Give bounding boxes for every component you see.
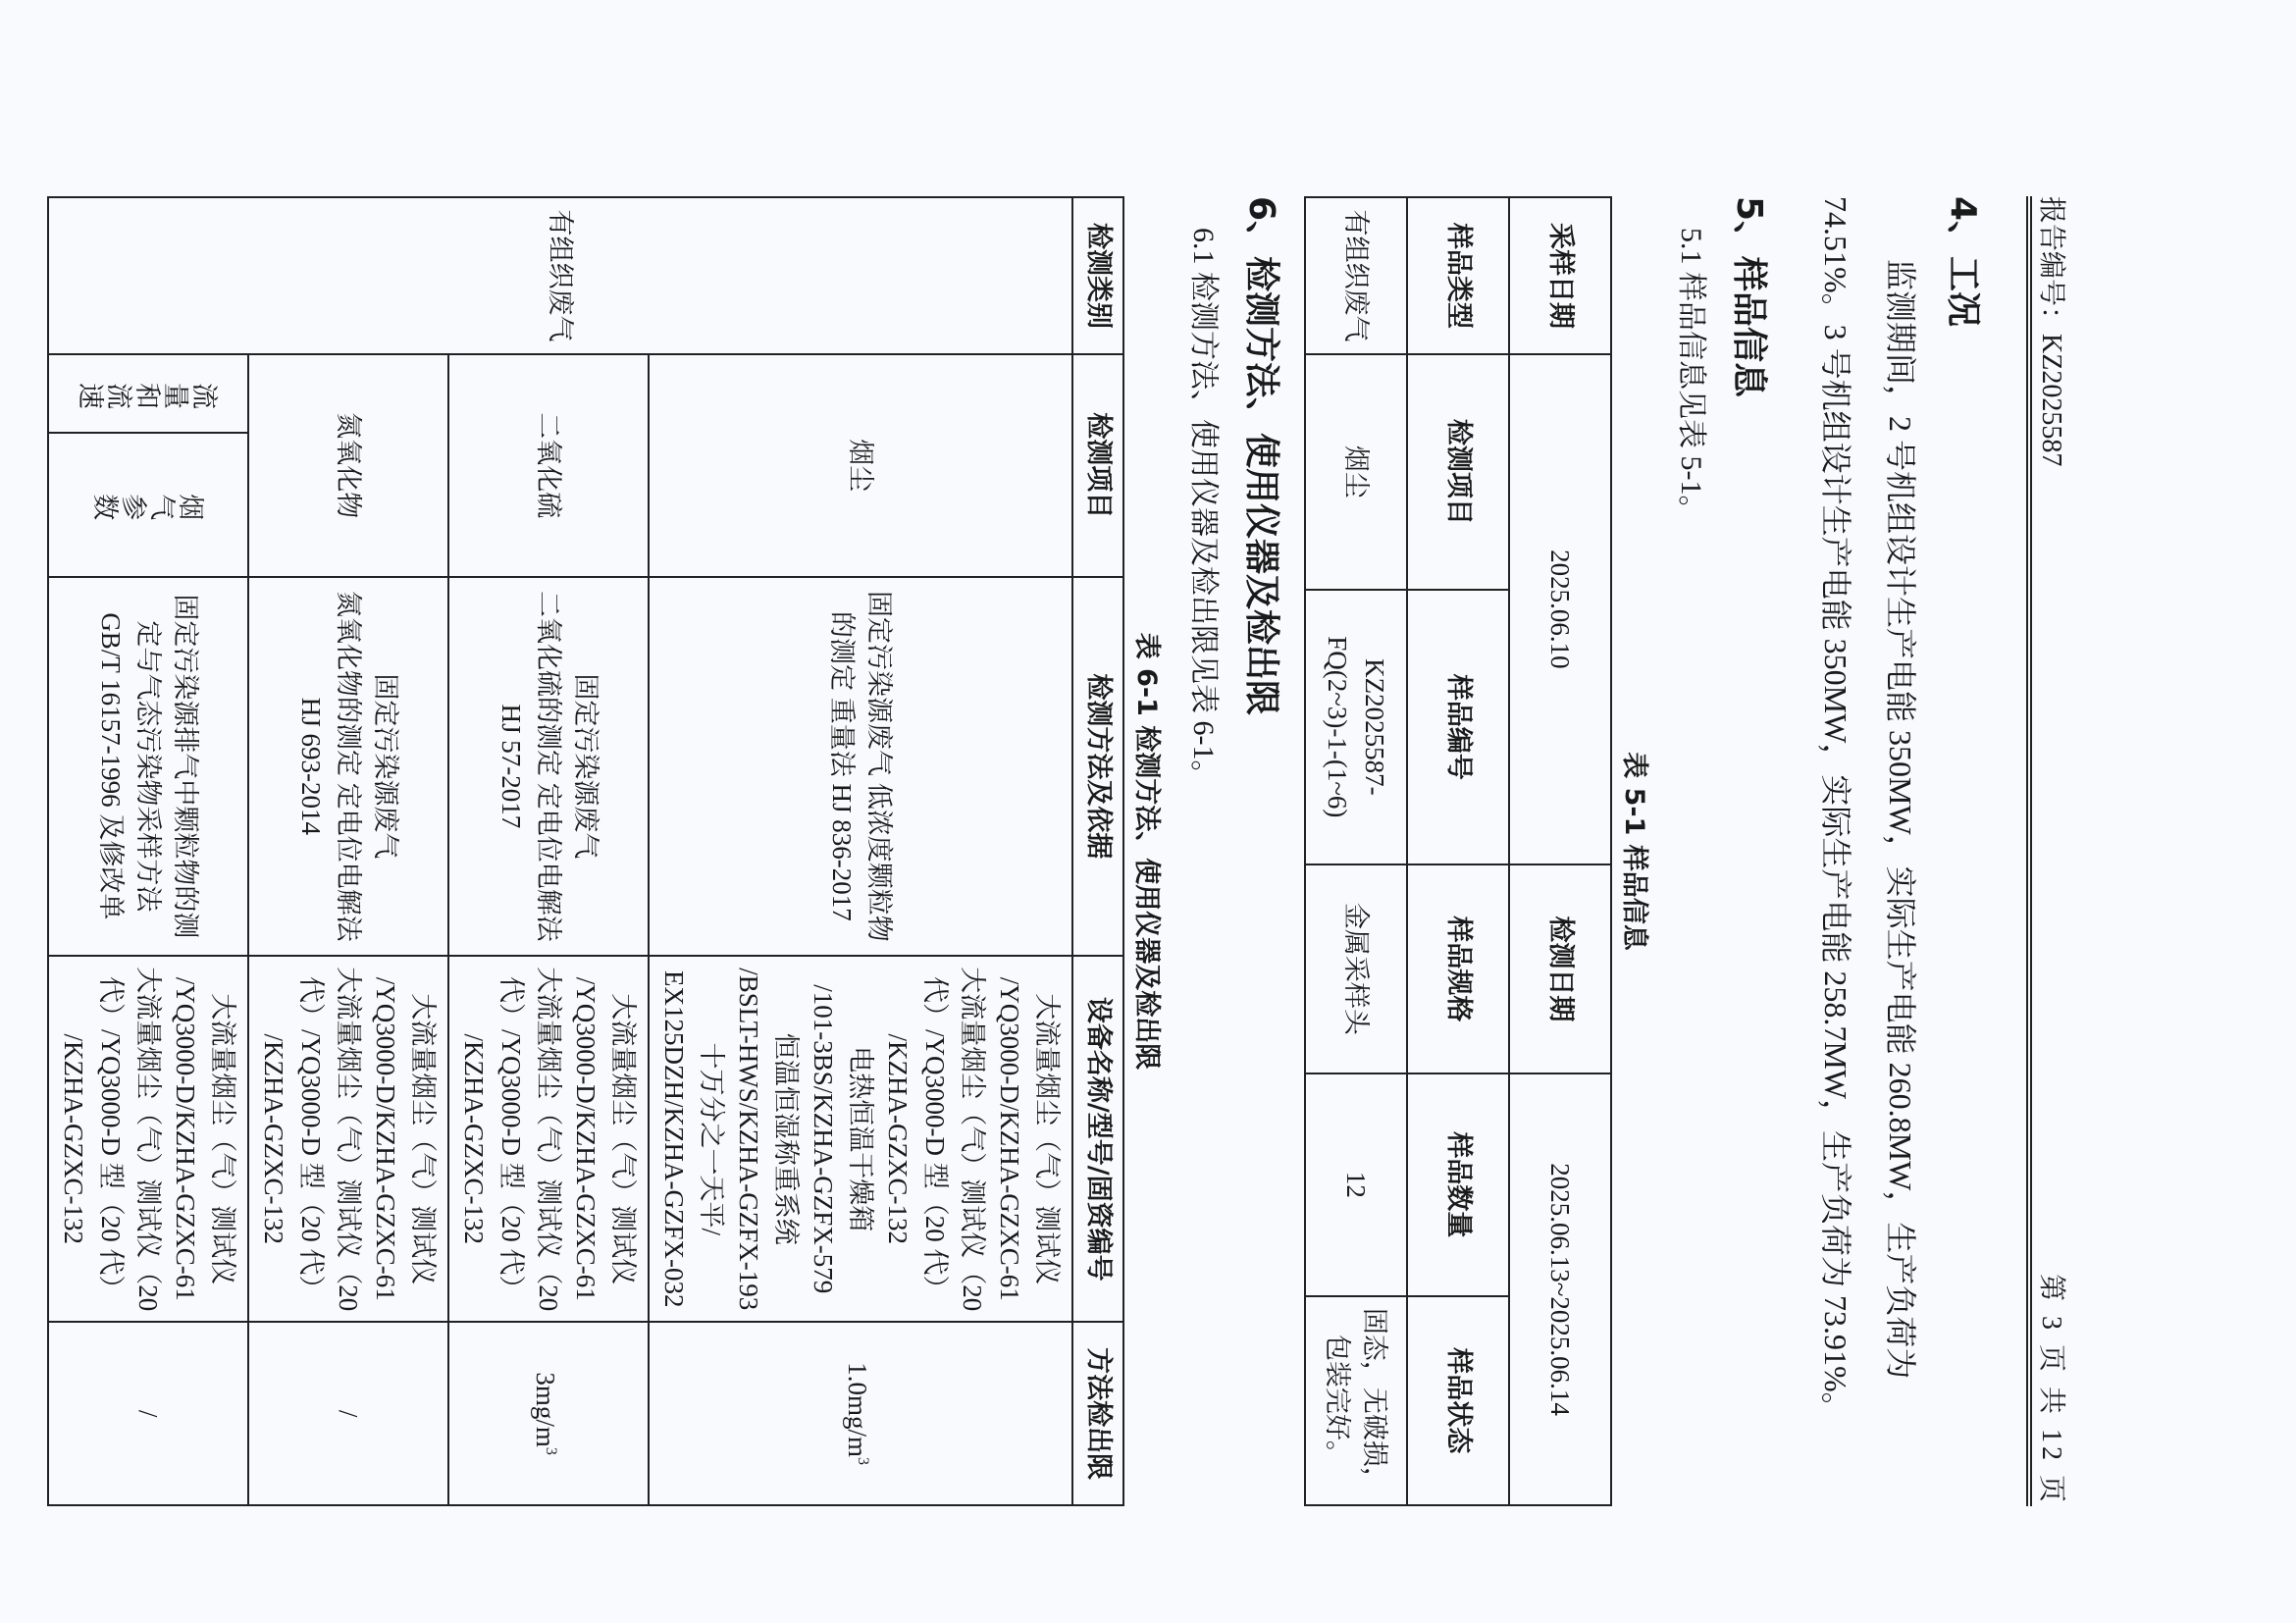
section-5-title: 5、样品信息 xyxy=(1719,196,1778,1506)
table-header-row: 样品类型 检测项目 样品编号 样品规格 样品数量 样品状态 xyxy=(1407,197,1509,1505)
detection-limit: / xyxy=(248,1322,448,1505)
equipment: 大流量烟尘（气）测试仪/YQ3000-D/KZHA-GZXC-61大流量烟尘（气… xyxy=(248,956,448,1322)
section-6-title: 6、检测方法、使用仪器及检出限 xyxy=(1231,196,1290,1506)
section-4-title: 4、工况 xyxy=(1933,196,1992,1506)
col-header: 检测项目 xyxy=(1072,354,1123,577)
text-line: /101-3BS/KZHA-GZFX-579 xyxy=(805,965,842,1313)
col-header: 检测方法及依据 xyxy=(1072,577,1123,957)
col-header: 样品状态 xyxy=(1407,1296,1509,1505)
col-header: 样品类型 xyxy=(1407,197,1509,354)
text-line: 大流量烟尘（气）测试仪（20 xyxy=(330,965,367,1313)
equipment: 大流量烟尘（气）测试仪/YQ3000-D/KZHA-GZXC-61大流量烟尘（气… xyxy=(448,956,649,1322)
col-header: 样品规格 xyxy=(1407,864,1509,1073)
table-5-1-caption: 表 5-1 样品信息 xyxy=(1618,196,1656,1506)
text-line: 大流量烟尘（气）测试仪（20 xyxy=(954,965,991,1313)
text-line: 的测定 重量法 HJ 836-2017 xyxy=(823,586,861,948)
equipment: 大流量烟尘（气）测试仪/YQ3000-D/KZHA-GZXC-61大流量烟尘（气… xyxy=(48,956,248,1322)
sampling-date-label: 采样日期 xyxy=(1509,197,1611,354)
test-item: 烟尘 xyxy=(649,354,1072,577)
text-line: /KZHA-GZXC-132 xyxy=(879,965,916,1313)
sampling-date: 2025.06.10 xyxy=(1509,354,1611,864)
test-method: 固定污染源废气二氧化硫的测定 定电位电解法HJ 57-2017 xyxy=(448,577,649,957)
col-header: 方法检出限 xyxy=(1072,1322,1123,1505)
text-line: 十万分之一天平/ xyxy=(693,965,730,1313)
text-line: 大流量烟尘（气）测试仪（20 xyxy=(530,965,567,1313)
text-line: 大流量烟尘（气）测试仪 xyxy=(1028,965,1066,1313)
text-line: 固定污染源废气 xyxy=(367,586,404,948)
text-line: /YQ3000-D/KZHA-GZXC-61 xyxy=(167,965,204,1313)
test-date-label: 检测日期 xyxy=(1509,864,1611,1073)
detection-limit: 1.0mg/m3 xyxy=(649,1322,1072,1505)
table-6-1-caption: 表 6-1 检测方法、使用仪器及检出限 xyxy=(1130,196,1169,1506)
test-item: 二氧化硫 xyxy=(448,354,649,577)
table-row: 流量和流速 烟气参数 固定污染源排气中颗粒物的测定与气态污染物采样方法GB/T … xyxy=(48,197,248,1505)
report-number: 报告编号：KZ2025587 xyxy=(2034,196,2073,466)
text-line: 固定污染源废气 低浓度颗粒物 xyxy=(861,586,898,948)
text-line: 二氧化硫的测定 定电位电解法 xyxy=(530,586,567,948)
page-header: 报告编号：KZ2025587 第 3 页 共 12 页 xyxy=(2026,196,2075,1506)
text-line: EX125DZH/KZHA-GZFX-032 xyxy=(655,965,693,1313)
sample-number: KZ2025587-FQ(2~3)-1-(1~6) xyxy=(1305,590,1407,864)
text-line: /KZHA-GZXC-132 xyxy=(455,965,493,1313)
test-method: 固定污染源排气中颗粒物的测定与气态污染物采样方法GB/T 16157-1996 … xyxy=(48,577,248,957)
col-header: 样品编号 xyxy=(1407,590,1509,864)
text-line: 大流量烟尘（气）测试仪 xyxy=(204,965,241,1313)
test-date: 2025.06.13~2025.06.14 xyxy=(1509,1073,1611,1505)
text-line: 代）/YQ3000-D 型（20 代） xyxy=(916,965,954,1313)
test-method: 固定污染源废气氮氧化物的测定 定电位电解法HJ 693-2014 xyxy=(248,577,448,957)
col-header: 样品数量 xyxy=(1407,1073,1509,1296)
text-line: 代）/YQ3000-D 型（20 代） xyxy=(292,965,330,1313)
test-category: 有组织废气 xyxy=(48,197,1072,354)
test-item: 氮氧化物 xyxy=(248,354,448,577)
text-line: /YQ3000-D/KZHA-GZXC-61 xyxy=(567,965,604,1313)
test-method: 固定污染源废气 低浓度颗粒物的测定 重量法 HJ 836-2017 xyxy=(649,577,1072,957)
text-line: 代）/YQ3000-D 型（20 代） xyxy=(92,965,130,1313)
section-6-1-text: 6.1 检测方法、使用仪器及检出限见表 6-1。 xyxy=(1174,196,1231,1506)
sample-state: 固态，无破损，包装完好。 xyxy=(1305,1296,1407,1505)
text-line: 氮氧化物的测定 定电位电解法 xyxy=(330,586,367,948)
col-header: 设备名称/型号/固资编号 xyxy=(1072,956,1123,1322)
table-row: 有组织废气 烟尘 固定污染源废气 低浓度颗粒物的测定 重量法 HJ 836-20… xyxy=(649,197,1072,1505)
text-line: 定与气态污染物采样方法 xyxy=(130,586,167,948)
text-line: 代）/YQ3000-D 型（20 代） xyxy=(493,965,530,1313)
sample-type: 有组织废气 xyxy=(1305,197,1407,354)
detection-limit: 3mg/m3 xyxy=(448,1322,649,1505)
sample-info-table: 采样日期 2025.06.10 检测日期 2025.06.13~2025.06.… xyxy=(1304,196,1612,1506)
method-table: 检测类别 检测项目 检测方法及依据 设备名称/型号/固资编号 方法检出限 有组织… xyxy=(47,196,1124,1506)
table-row: 氮氧化物 固定污染源废气氮氧化物的测定 定电位电解法HJ 693-2014 大流… xyxy=(248,197,448,1505)
section-4-paragraph: 监测期间，2 号机组设计生产电能 350MW，实际生产电能 260.8MW，生产… xyxy=(1803,196,1933,1506)
document-body: 4、工况 监测期间，2 号机组设计生产电能 350MW，实际生产电能 260.8… xyxy=(47,196,1992,1506)
text-line: 大流量烟尘（气）测试仪 xyxy=(404,965,442,1313)
text-line: 大流量烟尘（气）测试仪（20 xyxy=(130,965,167,1313)
test-item: 烟尘 xyxy=(1305,354,1407,590)
text-line: /KZHA-GZXC-132 xyxy=(255,965,292,1313)
table-row: 有组织废气 烟尘 KZ2025587-FQ(2~3)-1-(1~6) 金属采样头… xyxy=(1305,197,1407,1505)
text-line: /BSLT-HWS/KZHA-GZFX-193 xyxy=(730,965,767,1313)
text-line: /KZHA-GZXC-132 xyxy=(55,965,92,1313)
col-header: 检测项目 xyxy=(1407,354,1509,590)
text-line: /YQ3000-D/KZHA-GZXC-61 xyxy=(367,965,404,1313)
text-line: 固定污染源排气中颗粒物的测 xyxy=(167,586,204,948)
test-item-sub: 烟气参数 xyxy=(48,433,248,577)
document-page: 报告编号：KZ2025587 第 3 页 共 12 页 4、工况 监测期间，2 … xyxy=(0,0,2296,1623)
text-line: 恒温恒湿称重系统 xyxy=(767,965,805,1313)
text-line: GB/T 16157-1996 及修改单 xyxy=(92,586,130,948)
table-row: 二氧化硫 固定污染源废气二氧化硫的测定 定电位电解法HJ 57-2017 大流量… xyxy=(448,197,649,1505)
text-line: 电热恒温干燥箱 xyxy=(842,965,879,1313)
table-header-row: 检测类别 检测项目 检测方法及依据 设备名称/型号/固资编号 方法检出限 xyxy=(1072,197,1123,1505)
sample-spec: 金属采样头 xyxy=(1305,864,1407,1073)
text-line: HJ 57-2017 xyxy=(493,586,530,948)
sample-quantity: 12 xyxy=(1305,1073,1407,1296)
page-number: 第 3 页 共 12 页 xyxy=(2034,1274,2073,1506)
col-header: 检测类别 xyxy=(1072,197,1123,354)
text-line: HJ 693-2014 xyxy=(292,586,330,948)
text-line: /YQ3000-D/KZHA-GZXC-61 xyxy=(991,965,1028,1313)
equipment: 大流量烟尘（气）测试仪/YQ3000-D/KZHA-GZXC-61大流量烟尘（气… xyxy=(649,956,1072,1322)
test-item-sub: 流量和流速 xyxy=(48,354,248,433)
text-line: 固定污染源废气 xyxy=(567,586,604,948)
section-5-1-text: 5.1 样品信息见表 5-1。 xyxy=(1662,196,1719,1506)
table-row: 采样日期 2025.06.10 检测日期 2025.06.13~2025.06.… xyxy=(1509,197,1611,1505)
detection-limit: / xyxy=(48,1322,248,1505)
text-line: 大流量烟尘（气）测试仪 xyxy=(604,965,642,1313)
